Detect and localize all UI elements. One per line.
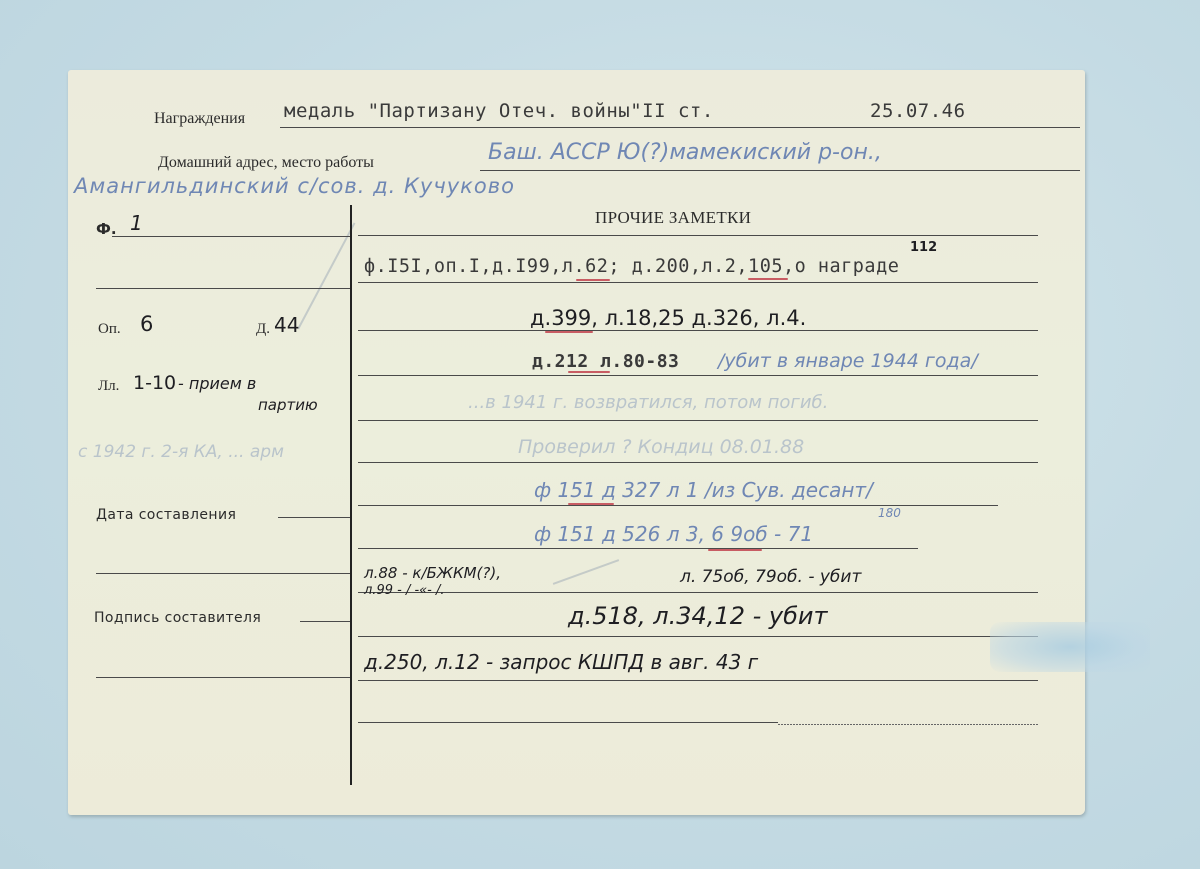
date-rule: [278, 517, 352, 518]
pencil-arrow-stroke-2: [553, 559, 619, 584]
notes-rule: [358, 235, 1038, 236]
list-label: Лл.: [98, 378, 119, 395]
list-note-line1: - прием в: [178, 374, 256, 393]
note-line-8: д.518, л.34,12 - убит: [568, 602, 827, 630]
list-value: 1-10: [133, 372, 176, 394]
note-line-5: ф 151 д 327 л 1 /из Сув. десант/: [534, 478, 873, 502]
notes-rule: [358, 505, 998, 506]
red-underline: [708, 549, 762, 551]
address-rule: [480, 170, 1080, 171]
address-line1: Баш. АССР Ю(?)мамекиский р-он.,: [488, 140, 882, 165]
red-underline: [576, 279, 610, 281]
notes-rule: [358, 722, 778, 723]
notes-rule: [358, 548, 918, 549]
address-label: Домашний адрес, место работы: [158, 154, 374, 172]
note-line-0-superscript: 112: [910, 240, 937, 255]
notes-rule: [358, 282, 1038, 283]
notes-rule: [358, 592, 1038, 593]
red-underline: [568, 503, 614, 505]
faint-pencil-note: с 1942 г. 2-я КА, ... арм: [78, 442, 284, 462]
archive-card: Награждения медаль "Партизану Отеч. войн…: [68, 70, 1085, 815]
date-label: Дата составления: [96, 507, 236, 523]
note-line-1: д.399, л.18,25 д.326, л.4.: [530, 306, 806, 330]
note-line-7a: л.88 - к/БЖКМ(?),: [364, 564, 501, 582]
pencil-arrow-stroke: [297, 222, 355, 329]
fond-rule: [112, 236, 352, 237]
left-rule-2: [96, 573, 352, 574]
awards-label: Награждения: [154, 110, 245, 128]
note-line-7b: л.99 - / -«- /.: [364, 583, 445, 598]
note-line-7c: л. 75об, 79об. - убит: [680, 567, 861, 587]
notes-rule: [358, 680, 1038, 681]
delo-value: 44: [274, 313, 299, 337]
notes-heading: ПРОЧИЕ ЗАМЕТКИ: [595, 208, 751, 228]
column-divider: [350, 205, 352, 785]
note-line-2-blue: /убит в январе 1944 года/: [718, 350, 978, 372]
note-line-6-superscript: 180: [878, 506, 901, 520]
left-rule-3: [96, 677, 352, 678]
awards-value: медаль "Партизану Отеч. войны"II ст.: [284, 100, 714, 122]
signature-label: Подпись составителя: [94, 610, 261, 626]
red-underline: [568, 371, 610, 373]
note-line-4: Проверил ? Кондиц 08.01.88: [518, 436, 804, 458]
note-line-0: ф.I5I,оп.I,д.I99,л.62; д.200,л.2,105,о н…: [364, 256, 899, 277]
notes-rule: [358, 420, 1038, 421]
notes-rule: [358, 330, 1038, 331]
note-line-3: ...в 1941 г. возвратился, потом погиб.: [468, 392, 828, 413]
note-line-9: д.250, л.12 - запрос КШПД в авг. 43 г: [364, 650, 758, 674]
notes-rule: [358, 462, 1038, 463]
smudged-stamp: [990, 622, 1150, 672]
opis-label: Оп.: [98, 321, 121, 338]
left-rule-1: [96, 288, 352, 289]
delo-label: Д.: [256, 321, 270, 338]
notes-rule: [358, 375, 1038, 376]
awards-rule: [280, 127, 1080, 128]
address-line2: Амангильдинский с/сов. д. Кучуково: [74, 174, 515, 198]
notes-rule-dotted: [778, 724, 1038, 725]
red-underline: [545, 331, 593, 333]
note-line-2: д.212 л.80-83: [532, 351, 679, 372]
fond-value: 1: [130, 211, 143, 235]
note-line-6: ф 151 д 526 л 3, 6 9об - 71: [534, 522, 813, 546]
awards-date: 25.07.46: [870, 100, 966, 122]
list-note-line2: партию: [258, 396, 318, 414]
signature-rule: [300, 621, 352, 622]
red-underline: [748, 278, 788, 280]
notes-rule: [358, 636, 1038, 637]
opis-value: 6: [140, 312, 153, 336]
